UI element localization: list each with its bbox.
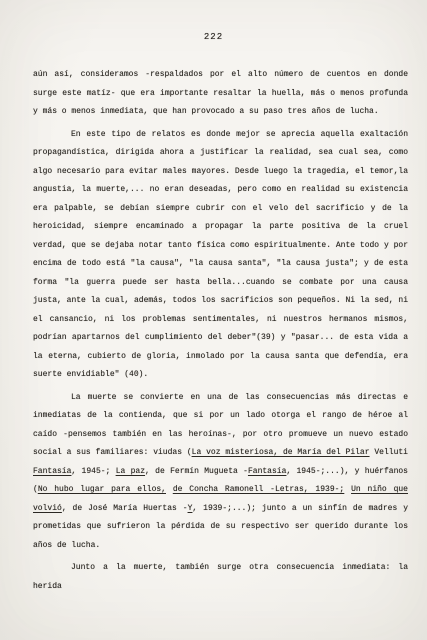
text-segment: caído -pensemos también en las heroínas-… [33, 430, 408, 439]
text-line: y más o menos inmediata, que han provoca… [33, 103, 408, 122]
page-number: 222 [0, 0, 427, 42]
text-line: Junto a la muerte, también surge otra co… [33, 559, 408, 596]
underlined-title: volvió [33, 504, 62, 513]
text-line: inmediatas de la contienda, que si por u… [33, 407, 408, 426]
text-segment: años de lucha. [33, 541, 100, 550]
underlined-title: Fantasía [33, 467, 71, 476]
paragraph: Junto a la muerte, también surge otra co… [33, 559, 408, 596]
text-line: En este tipo de relatos es donde mejor s… [33, 126, 408, 145]
paragraph: aún así, consideramos -respaldados por e… [33, 66, 408, 122]
text-line: justa, ante la cual, además, todos los s… [33, 292, 408, 311]
text-line: angustia, la muerte,... no eran deseadas… [33, 181, 408, 200]
text-line: heroicidad, siempre encaminado a propaga… [33, 218, 408, 237]
text-segment: social a sus familiares: viudas ( [33, 448, 192, 457]
text-line: propagandística, dirigida ahora a justif… [33, 144, 408, 163]
text-line: volvió, de José María Huertas -Y, 1939-;… [33, 500, 408, 519]
text-line: Fantasía, 1945-; La paz, de Fermín Mugue… [33, 463, 408, 482]
text-segment: La muerte se convierte en una de las con… [71, 393, 408, 402]
text-segment: y más o menos inmediata, que han provoca… [33, 107, 379, 116]
text-line: aún así, consideramos -respaldados por e… [33, 66, 408, 85]
text-segment: prometidas que sufrieron la pérdida de s… [33, 522, 408, 531]
text-segment: surge este matíz- que era importante res… [33, 89, 408, 98]
text-line: la eterna, cubierto de gloria, inmolado … [33, 348, 408, 367]
text-line: prometidas que sufrieron la pérdida de s… [33, 518, 408, 537]
underlined-title: de Concha Ramonell -Letras, 1939-; [173, 485, 344, 494]
scanned-page: 222 aún así, consideramos -respaldados p… [0, 0, 427, 640]
text-segment: angustia, la muerte,... no eran deseadas… [33, 185, 408, 194]
text-line: podrían apartarnos del cumplimiento del … [33, 329, 408, 348]
text-segment: heroicidad, siempre encaminado a propaga… [33, 222, 408, 231]
text-segment: , de Fermín Mugueta - [145, 467, 248, 476]
text-line: surge este matíz- que era importante res… [33, 85, 408, 104]
text-segment: la eterna, cubierto de gloria, inmolado … [33, 352, 408, 361]
text-line: caído -pensemos también en las heroínas-… [33, 426, 408, 445]
text-segment: Junto a la muerte, también surge otra co… [33, 563, 408, 591]
underlined-title: La voz misteriosa, de María del Pilar [192, 448, 370, 457]
text-segment [166, 485, 173, 494]
paragraph: La muerte se convierte en una de las con… [33, 389, 408, 556]
text-line: social a sus familiares: viudas (La voz … [33, 444, 408, 463]
text-line: encima de todo está "la causa", "la caus… [33, 255, 408, 274]
text-segment: encima de todo está "la causa", "la caus… [33, 259, 408, 268]
text-line: el cansancio, ni los problemas sentiment… [33, 311, 408, 330]
text-line: años de lucha. [33, 537, 408, 556]
underlined-title: La paz [116, 467, 145, 476]
text-segment: , 1945-; [71, 467, 115, 476]
text-line: (No hubo lugar para ellos, de Concha Ram… [33, 481, 408, 500]
text-segment: , de José María Huertas - [62, 504, 188, 513]
text-line: algo necesario para evitar males mayores… [33, 163, 408, 182]
text-line: suerte envidiable" (40). [33, 366, 408, 385]
paragraph: En este tipo de relatos es donde mejor s… [33, 126, 408, 385]
text-segment: podrían apartarnos del cumplimiento del … [33, 333, 408, 342]
text-segment: justa, ante la cual, además, todos los s… [33, 296, 408, 305]
text-block: aún así, consideramos -respaldados por e… [33, 66, 408, 596]
text-segment: el cansancio, ni los problemas sentiment… [33, 315, 408, 324]
text-segment: era palpable, se debían siempre cubrir c… [33, 204, 408, 213]
text-line: La muerte se convierte en una de las con… [33, 389, 408, 408]
text-segment: , 1939-;...); junto a un sinfín de madre… [192, 504, 408, 513]
underlined-title: Un niño que [351, 485, 408, 494]
text-segment: forma "la guerra puede ser hasta bella..… [33, 278, 408, 287]
underlined-title: No hubo lugar para ellos, [38, 485, 166, 494]
text-segment: aún así, consideramos -respaldados por e… [33, 70, 408, 79]
text-segment: Velluti [370, 448, 408, 457]
text-segment: verdad, que se dejaba notar tanto física… [33, 241, 408, 250]
underlined-title: Fantasía [248, 467, 286, 476]
text-line: forma "la guerra puede ser hasta bella..… [33, 274, 408, 293]
text-segment: , 1945-;...), y huérfanos [286, 467, 408, 476]
text-segment: En este tipo de relatos es donde mejor s… [71, 130, 408, 139]
text-line: verdad, que se dejaba notar tanto física… [33, 237, 408, 256]
text-segment: suerte envidiable" (40). [33, 370, 148, 379]
text-segment: inmediatas de la contienda, que si por u… [33, 411, 408, 420]
text-segment: propagandística, dirigida ahora a justif… [33, 148, 408, 157]
text-segment: algo necesario para evitar males mayores… [33, 167, 408, 176]
text-line: era palpable, se debían siempre cubrir c… [33, 200, 408, 219]
